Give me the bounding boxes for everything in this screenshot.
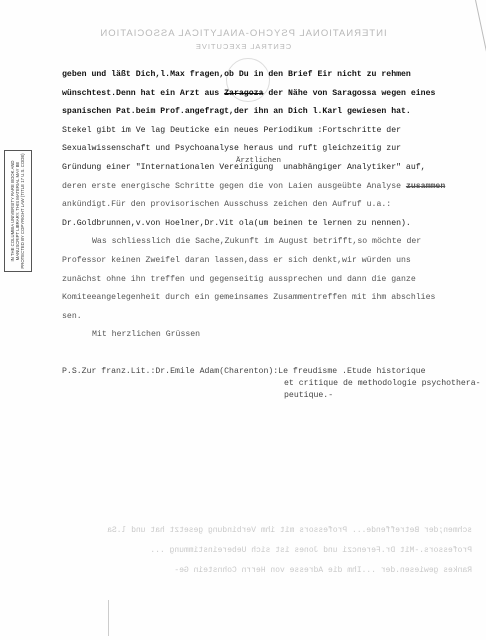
bleed-through-text: schmen;der Betreffende... Professors mit…	[62, 526, 472, 535]
letter-line: Professor keinen Zweifel daran lassen,da…	[62, 252, 482, 271]
letter-line: Stekel gibt im Ve lag Deuticke ein neues…	[62, 122, 482, 141]
letter-line: wünschtest.Denn hat ein Arzt aus Zaragoz…	[62, 85, 482, 104]
postscript-line: peutique.-	[62, 390, 482, 402]
struck-word: Zaragoza	[224, 89, 263, 98]
bleed-through-text: Professors.-Mit Dr.Ferenczi und Jones is…	[62, 546, 472, 555]
copyright-stamp-text: IN THE COLUMBIA UNIVERSITY RARE BOOK AND…	[10, 152, 26, 270]
letterhead-subtitle: CENTRAL EXECUTIVE	[0, 42, 486, 51]
postscript-line: et critique de methodologie psychothera-	[62, 378, 482, 390]
letter-line: geben und läßt Dich,l.Max fragen,ob Du i…	[62, 66, 482, 85]
letter-body: geben und läßt Dich,l.Max fragen,ob Du i…	[62, 66, 482, 345]
letter-line: Dr.Goldbrunnen,v.von Hoelner,Dr.Vit ola(…	[62, 215, 482, 234]
letter-line: sen.	[62, 308, 482, 327]
letterhead-org: INTERNATIONAL PSYCHO-ANALYTICAL ASSOCIAT…	[0, 28, 486, 39]
letter-line: deren erste energische Schritte gegen di…	[62, 178, 482, 197]
postscript: P.S.Zur franz.Lit.:Dr.Emile Adam(Charent…	[62, 366, 482, 402]
letter-line: ankündigt.Für den provisorischen Ausschu…	[62, 196, 482, 215]
bleed-through-text: Rankes gewiesen.der ...Ihm die Adresse v…	[62, 566, 472, 575]
letter-line-part: wünschtest.Denn hat ein Arzt aus	[62, 89, 224, 98]
letter-line: Was schliesslich die Sache,Zukunft im Au…	[62, 233, 482, 252]
letter-line: zunächst ohne ihn treffen und gegenseiti…	[62, 271, 482, 290]
letter-line: spanischen Pat.beim Prof.angefragt,der i…	[62, 103, 482, 122]
letter-line-part: deren erste energische Schritte gegen di…	[62, 182, 406, 191]
margin-mark	[108, 600, 109, 636]
copyright-stamp: IN THE COLUMBIA UNIVERSITY RARE BOOK AND…	[4, 150, 32, 272]
scanned-letter-page: INTERNATIONAL PSYCHO-ANALYTICAL ASSOCIAT…	[0, 0, 486, 640]
struck-word: zusammen	[406, 182, 445, 191]
postscript-line: P.S.Zur franz.Lit.:Dr.Emile Adam(Charent…	[62, 366, 482, 378]
letter-line-part: der Nähe von Saragossa wegen eines	[263, 89, 435, 98]
interlinear-insert: Ärztlichen	[236, 157, 281, 165]
letter-line: Komiteeangelegenheit durch ein gemeinsam…	[62, 289, 482, 308]
closing-greeting: Mit herzlichen Grüssen	[62, 326, 482, 345]
